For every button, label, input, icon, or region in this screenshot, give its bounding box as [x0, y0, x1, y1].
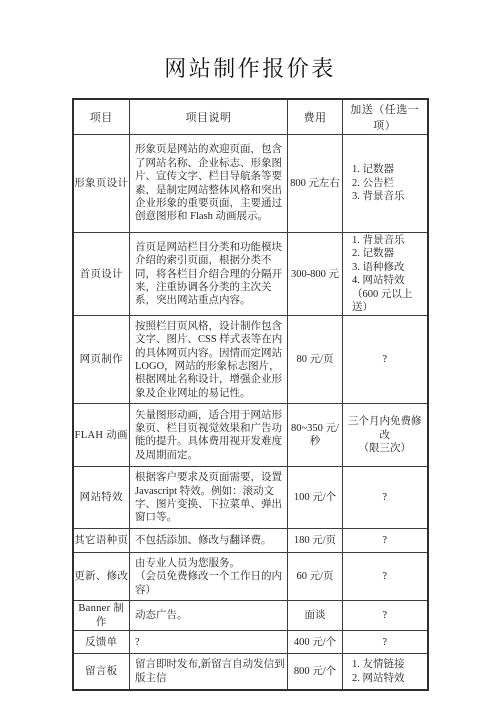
description-cell: 根据客户要求及页面需要，设置 Javascript 特效。例如：滚动文字、图片变…: [130, 467, 288, 529]
bonus-cell: 1. 记数器 2. 公告栏 3. 背景音乐: [343, 135, 428, 233]
description-cell: 按照栏目页风格，设计制作包含文字、图片、CSS 样式表等在内的具体网页内容。因情…: [130, 316, 288, 404]
page-title: 网站制作报价表: [0, 0, 500, 84]
item-cell: 反馈单: [73, 631, 130, 654]
column-header-fee: 费用: [288, 99, 343, 135]
bonus-cell: 1. 友情链接 2. 网站特效: [343, 654, 428, 691]
bonus-cell: ?: [343, 316, 428, 404]
price-table: 项目项目说明费用加送（任选一项） 形象页设计形象页是网站的欢迎页面，包含了网站名…: [72, 98, 429, 691]
description-cell: ?: [130, 631, 288, 654]
description-cell: 留言即时发布,新留言自动发信到版主信: [130, 654, 288, 691]
item-cell: 网站特效: [73, 467, 130, 529]
item-cell: Banner 制作: [73, 601, 130, 631]
bonus-cell: ?: [343, 553, 428, 601]
fee-cell: 100 元/个: [288, 467, 343, 529]
bonus-cell: ?: [343, 601, 428, 631]
bonus-cell: ?: [343, 467, 428, 529]
table-row: 留言板留言即时发布,新留言自动发信到版主信800 元/个1. 友情链接 2. 网…: [73, 654, 428, 691]
table-row: 形象页设计形象页是网站的欢迎页面，包含了网站名称、企业标志、形象图片、宣传文字、…: [73, 135, 428, 233]
fee-cell: 80 元/页: [288, 316, 343, 404]
table-row: 网页制作按照栏目页风格，设计制作包含文字、图片、CSS 样式表等在内的具体网页内…: [73, 316, 428, 404]
fee-cell: 80~350 元/秒: [288, 404, 343, 467]
column-header-description: 项目说明: [130, 99, 288, 135]
bonus-cell: ?: [343, 529, 428, 553]
table-row: 反馈单?400 元/个?: [73, 631, 428, 654]
document-page: 网站制作报价表 项目项目说明费用加送（任选一项） 形象页设计形象页是网站的欢迎页…: [0, 0, 500, 708]
item-cell: 首页设计: [73, 233, 130, 316]
fee-cell: 面谈: [288, 601, 343, 631]
description-cell: 形象页是网站的欢迎页面，包含了网站名称、企业标志、形象图片、宣传文字、栏目导航条…: [130, 135, 288, 233]
fee-cell: 180 元/页: [288, 529, 343, 553]
header-row: 项目项目说明费用加送（任选一项）: [73, 99, 428, 135]
description-cell: 不包括添加、修改与翻译费。: [130, 529, 288, 553]
item-cell: 形象页设计: [73, 135, 130, 233]
column-header-item: 项目: [73, 99, 130, 135]
table-body: 形象页设计形象页是网站的欢迎页面，包含了网站名称、企业标志、形象图片、宣传文字、…: [73, 135, 428, 691]
item-cell: 更新、修改: [73, 553, 130, 601]
column-header-bonus: 加送（任选一项）: [343, 99, 428, 135]
description-cell: 由专业人员为您服务。 （会员免费修改一个工作日的内容）: [130, 553, 288, 601]
fee-cell: 60 元/页: [288, 553, 343, 601]
description-cell: 首页是网站栏目分类和功能模块介绍的索引页面，根据分类不同，将各栏目介绍合理的分隔…: [130, 233, 288, 316]
item-cell: 网页制作: [73, 316, 130, 404]
table-row: 更新、修改由专业人员为您服务。 （会员免费修改一个工作日的内容）60 元/页?: [73, 553, 428, 601]
table-row: FLAH 动画矢量图形动画，适合用于网站形象页、栏目页视觉效果和广告功能的提升。…: [73, 404, 428, 467]
description-cell: 矢量图形动画，适合用于网站形象页、栏目页视觉效果和广告功能的提升。具体费用视开发…: [130, 404, 288, 467]
table-row: 网站特效根据客户要求及页面需要，设置 Javascript 特效。例如：滚动文字…: [73, 467, 428, 529]
item-cell: FLAH 动画: [73, 404, 130, 467]
table-row: 其它语种页不包括添加、修改与翻译费。180 元/页?: [73, 529, 428, 553]
item-cell: 其它语种页: [73, 529, 130, 553]
fee-cell: 800 元左右: [288, 135, 343, 233]
table-row: Banner 制作动态广告。面谈?: [73, 601, 428, 631]
bonus-cell: 1. 背景音乐 2. 记数器 3. 语种修改 4. 网站特效 （600 元以上送…: [343, 233, 428, 316]
fee-cell: 400 元/个: [288, 631, 343, 654]
fee-cell: 300-800 元: [288, 233, 343, 316]
item-cell: 留言板: [73, 654, 130, 691]
bonus-cell: ?: [343, 631, 428, 654]
description-cell: 动态广告。: [130, 601, 288, 631]
table-row: 首页设计首页是网站栏目分类和功能模块介绍的索引页面，根据分类不同，将各栏目介绍合…: [73, 233, 428, 316]
bonus-cell: 三个月内免费修改 （限三次）: [343, 404, 428, 467]
fee-cell: 800 元/个: [288, 654, 343, 691]
